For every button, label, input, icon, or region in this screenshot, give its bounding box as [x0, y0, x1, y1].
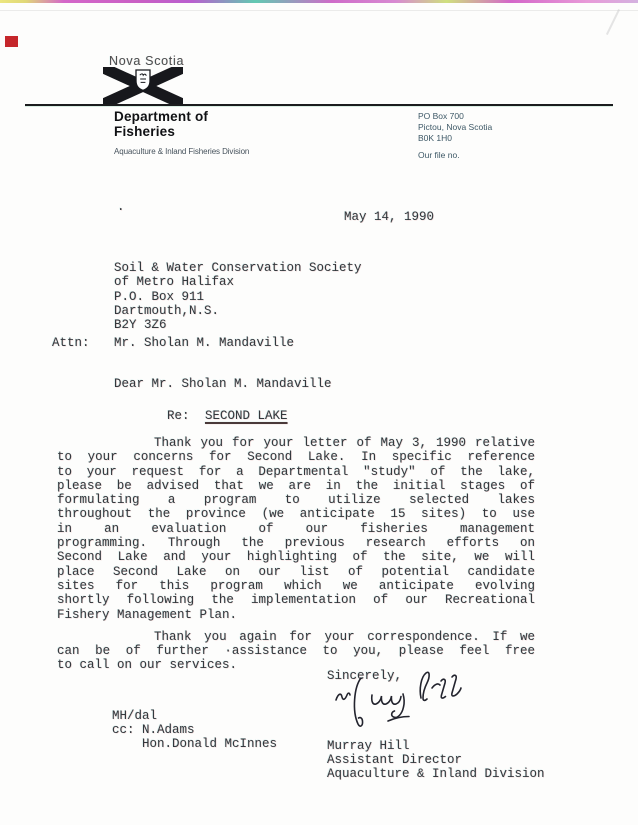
file-number-label: Our file no. — [418, 150, 460, 160]
text-line: Pictou, Nova Scotia — [418, 122, 492, 133]
salutation: Dear Mr. Sholan M. Mandaville — [114, 377, 332, 391]
text-line: P.O. Box 911 — [114, 290, 362, 304]
letterhead-rule — [25, 104, 613, 106]
body-paragraph-1: Thank you for your letter of May 3, 1990… — [57, 436, 535, 622]
re-label: Re: — [167, 409, 190, 423]
text-line: PO Box 700 — [418, 111, 492, 122]
division-name: Aquaculture & Inland Fisheries Division — [114, 147, 249, 156]
text-line: B0K 1H0 — [418, 133, 492, 144]
text-line: Department of — [114, 110, 208, 125]
paper-top-edge — [0, 10, 638, 11]
cc-name-2: Hon.Donald McInnes — [142, 737, 277, 751]
text-line: formulating a program to utilize selecte… — [57, 493, 535, 507]
cc-line: cc: N.Adams — [112, 723, 195, 737]
text-line: Second Lake and your highlighting of the… — [57, 550, 535, 564]
text-line: can be of further ·assistance to you, pl… — [57, 644, 535, 658]
scanner-color-strip — [0, 0, 638, 3]
text-line: to your concerns for Second Lake. In spe… — [57, 450, 535, 464]
text-line: B2Y 3Z6 — [114, 318, 362, 332]
attn-label: Attn: — [52, 336, 90, 350]
text-line: of Metro Halifax — [114, 275, 362, 289]
letterhead-address: PO Box 700Pictou, Nova ScotiaB0K 1H0 — [418, 111, 492, 144]
scanned-letter-page: Nova Scotia Department ofFisheries Aquac… — [0, 0, 638, 825]
recipient-address: Soil & Water Conservation Societyof Metr… — [114, 261, 362, 332]
text-line: Thank you for your letter of May 3, 1990… — [57, 436, 535, 450]
text-line: programming. Through the previous resear… — [57, 536, 535, 550]
nova-scotia-flag-icon — [103, 67, 183, 105]
text-line: shortly following the implementation of … — [57, 593, 535, 607]
text-line: to your request for a Departmental "stud… — [57, 465, 535, 479]
text-line: Soil & Water Conservation Society — [114, 261, 362, 275]
signer-division: Aquaculture & Inland Division — [327, 767, 545, 781]
date: May 14, 1990 — [344, 210, 434, 224]
signer-title: Assistant Director — [327, 753, 462, 767]
text-line: sites for this program which we anticipa… — [57, 579, 535, 593]
department-name: Department ofFisheries — [114, 110, 208, 139]
text-line: place Second Lake on our list of potenti… — [57, 565, 535, 579]
stray-period-mark: . — [117, 200, 125, 214]
text-line: Fishery Management Plan. — [57, 608, 535, 622]
text-line: throughout the province (we anticipate 1… — [57, 507, 535, 521]
text-line: Dartmouth,N.S. — [114, 304, 362, 318]
text-line: Thank you again for your correspondence.… — [57, 630, 535, 644]
signer-name: Murray Hill — [327, 739, 410, 753]
fold-crease — [606, 9, 620, 35]
signature-handwriting — [328, 664, 478, 742]
typist-initials: MH/dal — [112, 709, 157, 723]
re-subject: SECOND LAKE — [205, 409, 288, 423]
letter-body: Thank you for your letter of May 3, 1990… — [57, 436, 535, 673]
shield-icon — [136, 70, 150, 90]
text-line: Fisheries — [114, 125, 208, 140]
red-stamp-mark — [5, 36, 18, 47]
text-line: in an evaluation of our fisheries manage… — [57, 522, 535, 536]
text-line: please be advised that we are in the ini… — [57, 479, 535, 493]
nova-scotia-wordmark: Nova Scotia — [109, 54, 184, 68]
attn-name: Mr. Sholan M. Mandaville — [114, 336, 294, 350]
